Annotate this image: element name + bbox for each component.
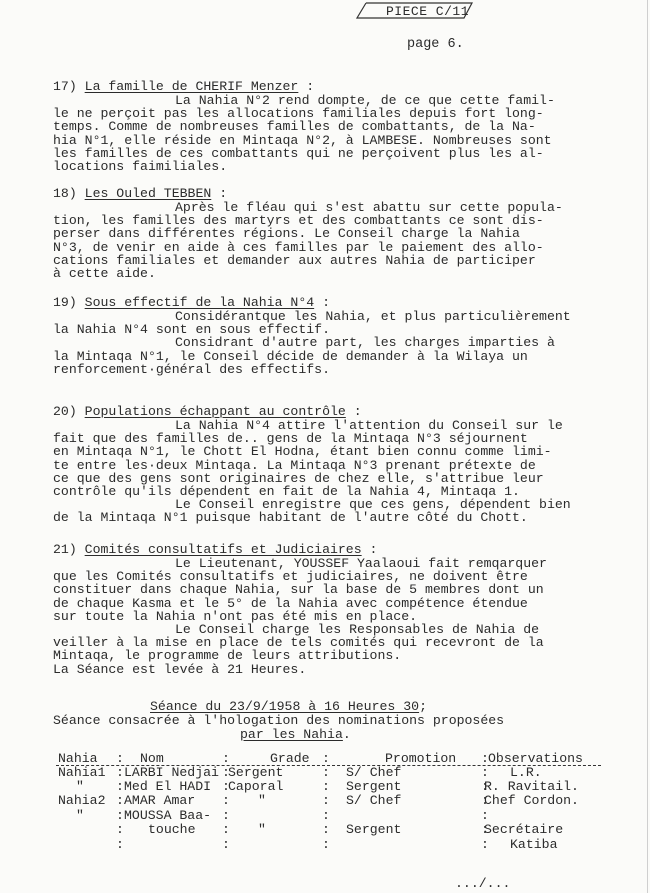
table-cell-promotion: S/ Chef <box>346 766 401 780</box>
seance-subtitle-line2: par les Nahia. <box>240 728 351 742</box>
table-cell-observations: L.R. <box>510 766 542 780</box>
column-separator: : <box>481 809 489 823</box>
piece-label: PIECE C/11 <box>386 4 469 19</box>
table-cell-promotion: S/ Chef <box>346 794 401 808</box>
table-cell-grade: " <box>258 823 266 837</box>
table-cell-nom: MOUSSA Baa- <box>124 809 211 823</box>
column-separator: : <box>116 794 124 808</box>
table-cell-grade: Sergent <box>228 766 283 780</box>
column-separator: : <box>116 809 124 823</box>
seance-subtitle: Séance consacrée à l'hologation des nomi… <box>53 714 504 728</box>
piece-stamp: PIECE C/11 <box>360 4 470 18</box>
section-title: Populations échappant au contrôle <box>85 404 346 419</box>
seance-title: Séance du 23/9/1958 à 16 Heures 30; <box>150 700 427 714</box>
column-separator: : <box>116 752 124 766</box>
paragraph-line: locations faimiliales. <box>53 160 227 174</box>
table-cell-nom: AMAR Amar <box>124 794 195 808</box>
seance-title-text: Séance du 23/9/1958 à 16 Heures 30 <box>150 699 419 714</box>
column-separator: : <box>222 752 230 766</box>
paragraph-line: à cette aide. <box>53 267 156 281</box>
column-separator: : <box>222 823 230 837</box>
table-cell-nom: touche <box>148 823 195 837</box>
seance-subtitle-underlined: par les Nahia <box>240 727 343 742</box>
table-cell-observations: R. Ravitail. <box>484 780 579 794</box>
column-separator: : <box>222 794 230 808</box>
column-separator: : <box>116 766 124 780</box>
table-cell-nahia: " <box>76 780 84 794</box>
table-cell-grade: " <box>258 794 266 808</box>
column-separator: : <box>222 809 230 823</box>
section-number: 18) <box>53 186 85 201</box>
column-separator: : <box>322 838 330 852</box>
table-cell-observations: Chef Cordon. <box>484 794 579 808</box>
column-separator: : <box>322 794 330 808</box>
column-separator: : <box>116 780 124 794</box>
table-cell-promotion: Sergent <box>346 823 401 837</box>
table-cell-grade: Caporal <box>228 780 283 794</box>
table-cell-nom: LARBI Nedjai <box>124 766 219 780</box>
column-separator: : <box>222 838 230 852</box>
section-number: 19) <box>53 295 85 310</box>
section-heading: 21) Comités consultatifs et Judiciaires … <box>53 543 377 557</box>
table-cell-nahia: " <box>76 809 84 823</box>
paragraph-line: La Séance est levée à 21 Heures. <box>53 663 306 677</box>
section-colon: : <box>314 295 330 310</box>
document-page: PIECE C/11 page 6. 17) La famille de CHE… <box>0 0 650 893</box>
continuation-mark: .../... <box>455 877 510 891</box>
section-colon: : <box>298 79 314 94</box>
column-separator: : <box>322 780 330 794</box>
column-separator: : <box>322 809 330 823</box>
seance-title-suffix: ; <box>419 699 427 714</box>
section-title: Sous effectif de la Nahia N°4 <box>85 295 315 310</box>
column-separator: : <box>481 766 489 780</box>
section-number: 21) <box>53 542 85 557</box>
column-separator: : <box>322 766 330 780</box>
column-separator: : <box>322 823 330 837</box>
section-colon: : <box>346 404 362 419</box>
section-title: Comités consultatifs et Judiciaires <box>85 542 362 557</box>
column-separator: : <box>116 823 124 837</box>
section-heading: 17) La famille de CHERIF Menzer : <box>53 80 314 94</box>
table-cell-observations: Katiba <box>510 838 557 852</box>
table-cell-observations: Secrétaire <box>484 823 563 837</box>
section-heading: 19) Sous effectif de la Nahia N°4 : <box>53 296 330 310</box>
table-cell-nom: Med El HADI <box>124 780 211 794</box>
column-separator: : <box>481 752 489 766</box>
section-title: La famille de CHERIF Menzer <box>85 79 299 94</box>
table-cell-nahia: Nahia1 <box>58 766 105 780</box>
section-colon: : <box>211 186 227 201</box>
table-cell-promotion: Sergent <box>346 780 401 794</box>
section-colon: : <box>362 542 378 557</box>
column-separator: : <box>322 752 330 766</box>
page-number: page 6. <box>407 37 464 52</box>
paragraph-line: renforcement·général des effectifs. <box>53 363 330 377</box>
page-edge <box>647 0 648 893</box>
section-title: Les Ouled TEBBEN <box>85 186 212 201</box>
column-separator: : <box>116 838 124 852</box>
table-cell-nahia: Nahia2 <box>58 794 105 808</box>
section-number: 17) <box>53 79 85 94</box>
section-number: 20) <box>53 404 85 419</box>
section-heading: 20) Populations échappant au contrôle : <box>53 405 362 419</box>
column-separator: : <box>481 838 489 852</box>
paragraph-line: de la Mintaqa N°1 puisque habitant de l'… <box>53 511 528 525</box>
section-heading: 18) Les Ouled TEBBEN : <box>53 187 227 201</box>
